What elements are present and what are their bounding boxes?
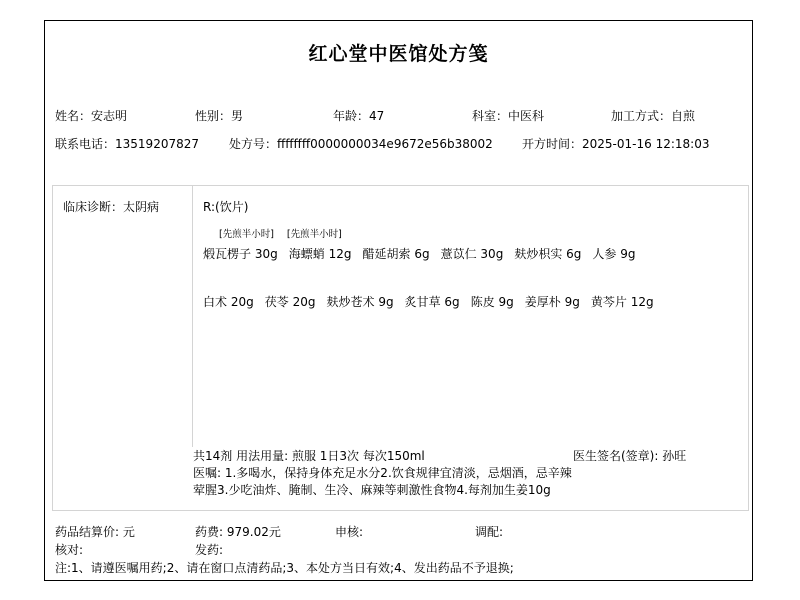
dept-value: 中医科	[508, 109, 544, 123]
herb-name: 海螵蛸	[289, 247, 325, 261]
process-method: 加工方式：自煎	[611, 108, 695, 124]
herb-name: 姜厚朴	[525, 295, 561, 309]
herb-name: 黄芩片	[591, 295, 627, 309]
herb-name: 醋延胡索	[362, 247, 410, 261]
contact-info-row: 联系电话：13519207827 处方号：ffffffff0000000034e…	[55, 136, 745, 152]
herb-name: 麸炒枳实	[514, 247, 562, 261]
process-label: 加工方式：	[611, 109, 671, 123]
herb-dose: 6g	[444, 295, 459, 309]
herb-item: 煅瓦楞子 30g	[203, 245, 278, 262]
rx-number: 处方号：ffffffff0000000034e9672e56b38002	[229, 136, 493, 152]
usage-dosage: 共14剂 用法用量: 煎服 1日3次 每次150ml	[193, 447, 425, 464]
herb-item: 麸炒苍术 9g	[326, 293, 393, 310]
clinical-diagnosis: 临床诊断：太阴病	[63, 198, 159, 215]
herb-name: 人参	[592, 247, 616, 261]
medical-advice: 医嘱: 1.多喝水，保持身体充足水分2.饮食规律宜清淡，忌烟酒，忌辛辣荤腥3.少…	[193, 465, 583, 499]
rx-header: R:(饮片)	[203, 198, 248, 215]
herb-dose: 6g	[414, 247, 429, 261]
process-value: 自煎	[671, 109, 695, 123]
herb-name: 陈皮	[471, 295, 495, 309]
phone: 联系电话：13519207827	[55, 136, 199, 152]
settle-value: 元	[123, 525, 135, 539]
prescription-sheet: 红心堂中医馆处方笺 姓名：安志明 性别：男 年龄：47 科室：中医科 加工方式：…	[44, 20, 753, 581]
patient-name: 姓名：安志明	[55, 108, 127, 124]
rx-time: 开方时间：2025-01-16 12:18:03	[522, 136, 709, 152]
herb-dose: 30g	[480, 247, 503, 261]
advice-text: 1.多喝水，保持身体充足水分2.饮食规律宜清淡，忌烟酒，忌辛辣荤腥3.少吃油炸、…	[193, 466, 572, 497]
gender-label: 性别：	[195, 109, 231, 123]
herb-name: 茯苓	[265, 295, 289, 309]
diagnosis-label: 临床诊断：	[63, 200, 123, 214]
patient-gender: 性别：男	[195, 108, 243, 124]
phone-label: 联系电话：	[55, 137, 115, 151]
herb-item: 白术 20g	[203, 293, 254, 310]
name-label: 姓名：	[55, 109, 91, 123]
rx-number-label: 处方号：	[229, 137, 277, 151]
rx-number-value: ffffffff0000000034e9672e56b38002	[277, 137, 493, 151]
patient-info-row: 姓名：安志明 性别：男 年龄：47 科室：中医科 加工方式：自煎	[55, 108, 745, 124]
herb-line-2: 白术 20g茯苓 20g麸炒苍术 9g炙甘草 6g陈皮 9g姜厚朴 9g黄芩片 …	[203, 293, 665, 310]
patient-age: 年龄：47	[333, 108, 384, 124]
gender-value: 男	[231, 109, 243, 123]
patient-dept: 科室：中医科	[472, 108, 544, 124]
herb-dose: 30g	[255, 247, 278, 261]
herb-name: 麸炒苍术	[326, 295, 374, 309]
herb-dose: 9g	[378, 295, 393, 309]
herb-item: 海螵蛸 12g	[289, 245, 352, 262]
drug-fee: 药费: 979.02元	[195, 523, 281, 540]
advice-label: 医嘱:	[193, 466, 225, 480]
herb-dose: 20g	[293, 295, 316, 309]
dept-label: 科室：	[472, 109, 508, 123]
decoction-note: [先煎半小时]	[287, 226, 342, 240]
herb-item: 陈皮 9g	[471, 293, 514, 310]
rx-time-label: 开方时间：	[522, 137, 582, 151]
decoction-note: [先煎半小时]	[219, 226, 274, 240]
herb-name: 煅瓦楞子	[203, 247, 251, 261]
fee-label: 药费:	[195, 525, 227, 539]
name-value: 安志明	[91, 109, 127, 123]
page-title: 红心堂中医馆处方笺	[45, 39, 752, 66]
herb-dose: 9g	[565, 295, 580, 309]
phone-value: 13519207827	[115, 137, 199, 151]
herb-item: 麸炒枳实 6g	[514, 245, 581, 262]
herb-name: 炙甘草	[405, 295, 441, 309]
rx-time-value: 2025-01-16 12:18:03	[582, 137, 709, 151]
decoction-notes: [先煎半小时][先煎半小时]	[219, 226, 355, 240]
herb-name: 薏苡仁	[441, 247, 477, 261]
herb-dose: 12g	[631, 295, 654, 309]
diagnosis-value: 太阴病	[123, 200, 159, 214]
herb-item: 醋延胡索 6g	[362, 245, 429, 262]
herb-name: 白术	[203, 295, 227, 309]
herb-dose: 9g	[620, 247, 635, 261]
age-label: 年龄：	[333, 109, 369, 123]
herb-item: 黄芩片 12g	[591, 293, 654, 310]
fee-value: 979.02元	[227, 525, 281, 539]
herb-dose: 12g	[329, 247, 352, 261]
herb-item: 姜厚朴 9g	[525, 293, 580, 310]
settle-price: 药品结算价: 元	[55, 523, 135, 540]
herb-dose: 9g	[499, 295, 514, 309]
review-field: 申核:	[335, 523, 363, 540]
herb-item: 人参 9g	[592, 245, 635, 262]
prescription-box: 临床诊断：太阴病 R:(饮片) [先煎半小时][先煎半小时] 煅瓦楞子 30g海…	[52, 185, 749, 511]
doctor-signature: 医生签名(签章): 孙旺	[573, 447, 686, 464]
age-value: 47	[369, 109, 384, 123]
herb-item: 薏苡仁 30g	[441, 245, 504, 262]
dispense-field: 调配:	[475, 523, 503, 540]
settle-label: 药品结算价:	[55, 525, 123, 539]
herb-dose: 20g	[231, 295, 254, 309]
doctor-name: 孙旺	[662, 449, 686, 463]
herb-line-1: 煅瓦楞子 30g海螵蛸 12g醋延胡索 6g薏苡仁 30g麸炒枳实 6g人参 9…	[203, 245, 647, 262]
doctor-sign-label: 医生签名(签章):	[573, 449, 662, 463]
herb-item: 茯苓 20g	[265, 293, 316, 310]
check-field: 核对:	[55, 541, 83, 558]
notice-text: 注:1、请遵医嘱用药;2、请在窗口点清药品;3、本处方当日有效;4、发出药品不予…	[55, 559, 514, 576]
herb-dose: 6g	[566, 247, 581, 261]
issue-field: 发药:	[195, 541, 223, 558]
herb-item: 炙甘草 6g	[405, 293, 460, 310]
column-divider	[192, 186, 193, 447]
